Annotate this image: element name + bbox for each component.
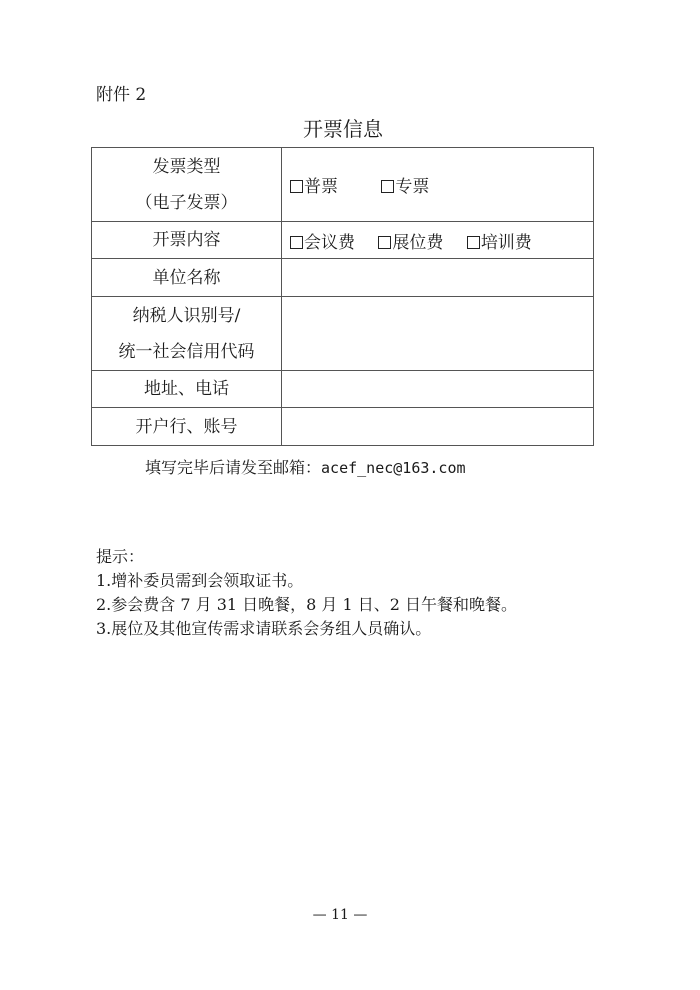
company-name-field[interactable]: [282, 259, 594, 297]
label-address-phone: 地址、电话: [92, 371, 282, 408]
option-label: 专票: [395, 177, 429, 197]
tax-id-field[interactable]: [282, 297, 594, 371]
attachment-label: 附件 2: [96, 80, 146, 105]
email-address: acef_nec@163.com: [321, 459, 466, 477]
option-regular-invoice[interactable]: 普票: [290, 172, 338, 197]
label-line: （电子发票）: [92, 185, 281, 221]
option-label: 会议费: [304, 233, 355, 253]
label-invoice-content: 开票内容: [92, 222, 282, 259]
label-line: 统一社会信用代码: [92, 334, 281, 370]
option-meeting-fee[interactable]: 会议费: [290, 228, 355, 253]
table-row-invoice-content: 开票内容 会议费 展位费 培训费: [92, 222, 594, 259]
label-tax-id: 纳税人识别号/ 统一社会信用代码: [92, 297, 282, 371]
label-line: 纳税人识别号/: [92, 298, 281, 334]
tips-section: 提示： 1.增补委员需到会领取证书。 2.参会费含 7 月 31 日晚餐，8 月…: [96, 545, 517, 641]
tip-item: 2.参会费含 7 月 31 日晚餐，8 月 1 日、2 日午餐和晚餐。: [96, 593, 517, 617]
tip-item: 1.增补委员需到会领取证书。: [96, 569, 517, 593]
tips-heading: 提示：: [96, 545, 517, 569]
value-invoice-type: 普票 专票: [282, 148, 594, 222]
option-label: 培训费: [481, 233, 532, 253]
option-training-fee[interactable]: 培训费: [467, 228, 532, 253]
checkbox-icon[interactable]: [467, 236, 480, 249]
label-invoice-type: 发票类型 （电子发票）: [92, 148, 282, 222]
email-note: 填写完毕后请发至邮箱：acef_nec@163.com: [145, 455, 466, 478]
checkbox-icon[interactable]: [381, 180, 394, 193]
page-title: 开票信息: [0, 113, 686, 142]
table-row-bank-account: 开户行、账号: [92, 408, 594, 446]
email-note-prefix: 填写完毕后请发至邮箱：: [145, 458, 321, 477]
option-label: 展位费: [392, 233, 443, 253]
address-phone-field[interactable]: [282, 371, 594, 408]
table-row-tax-id: 纳税人识别号/ 统一社会信用代码: [92, 297, 594, 371]
label-line: 发票类型: [92, 149, 281, 185]
table-row-address-phone: 地址、电话: [92, 371, 594, 408]
label-company-name: 单位名称: [92, 259, 282, 297]
table-row-company-name: 单位名称: [92, 259, 594, 297]
label-bank-account: 开户行、账号: [92, 408, 282, 446]
checkbox-icon[interactable]: [290, 180, 303, 193]
invoice-info-table: 发票类型 （电子发票） 普票 专票 开票内容 会议费 展位费 培训费 单位名称 …: [91, 147, 594, 446]
checkbox-icon[interactable]: [378, 236, 391, 249]
option-label: 普票: [304, 177, 338, 197]
page-number: — 11 —: [0, 907, 680, 923]
checkbox-icon[interactable]: [290, 236, 303, 249]
tip-item: 3.展位及其他宣传需求请联系会务组人员确认。: [96, 617, 517, 641]
table-row-invoice-type: 发票类型 （电子发票） 普票 专票: [92, 148, 594, 222]
value-invoice-content: 会议费 展位费 培训费: [282, 222, 594, 259]
option-special-invoice[interactable]: 专票: [381, 172, 429, 197]
option-booth-fee[interactable]: 展位费: [378, 228, 443, 253]
bank-account-field[interactable]: [282, 408, 594, 446]
